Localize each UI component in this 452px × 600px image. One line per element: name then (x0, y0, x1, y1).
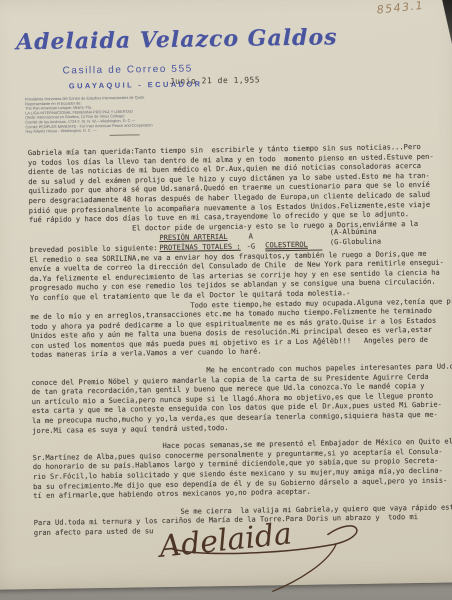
paragraph-nobel-papers: Me he encontrado con muchos papeles inte… (31, 362, 448, 436)
archive-number: 8543.1 (376, 0, 425, 17)
letter-body: Gabriela mía tan querida:Tanto tiempo si… (28, 142, 450, 538)
cholesterol-label: COLESTEROL (265, 239, 322, 250)
letterhead-roles: Presidenta Honoraria del Centro de Estud… (25, 92, 352, 134)
letter-content: 8543.1 Adelaida Velazco Galdos Casilla d… (0, 0, 452, 590)
cholesterol-column: COLESTEROL (265, 230, 322, 251)
letter-date: Junio 21 de 1,955 (170, 75, 261, 85)
formula-lead-column: brevedad posible lo siguiente: (29, 233, 157, 254)
signature-flourish: Adelaida (129, 504, 374, 600)
letterhead-divider (110, 134, 140, 135)
paragraph-ambassador: Hace pocas semanas,se me presentó el Emb… (32, 437, 449, 501)
paragraph-remedy: El remedio o sea SORILINA,me va a enviar… (29, 248, 446, 302)
globulin-legend: (G-Globulina (330, 237, 381, 247)
letterhead-po-box: Casilla de Correo 555 (62, 64, 192, 77)
ratio-bottom: -G (247, 241, 256, 251)
paragraph-greeting: Gabriela mía tan querida:Tanto tiempo si… (28, 142, 445, 235)
formula-fraction-labels: PRESIÓN ARTERIAL PROTEÍNAS TOTALES : (159, 232, 240, 252)
scan-background: 8543.1 Adelaida Velazco Galdos Casilla d… (0, 0, 452, 600)
paragraph-busy: Todo este tiempo,he estado muy ocupada.A… (30, 296, 447, 360)
ratio-top: A (246, 232, 255, 242)
letter-paper: 8543.1 Adelaida Velazco Galdos Casilla d… (0, 0, 452, 590)
signature-name: Adelaida (155, 516, 294, 565)
formula-legend: (A-Albúmina (G-Globulina (330, 227, 382, 247)
handwritten-signature: Adelaida (129, 504, 374, 600)
albumin-globulin-ratio: A -G (246, 232, 255, 251)
letterhead-name: Adelaida Velazco Galdos (16, 24, 338, 55)
